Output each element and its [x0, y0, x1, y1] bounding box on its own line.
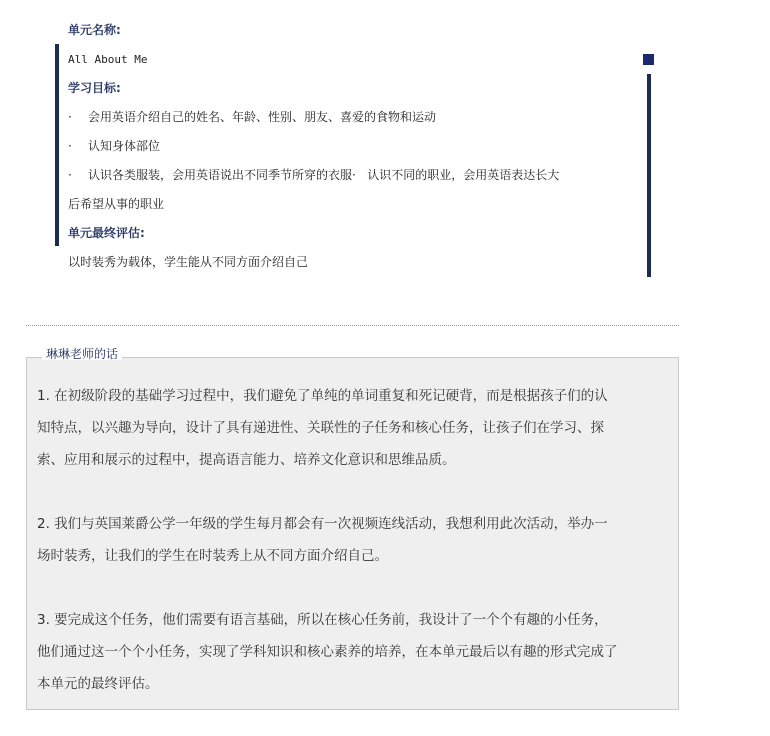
goal-item: ·会用英语介绍自己的姓名、年龄、性别、朋友、喜爱的食物和运动 — [68, 109, 436, 125]
goal-item: ·认识各类服装，会用英语说出不同季节所穿的衣服· 认识不同的职业，会用英语表达长… — [68, 167, 559, 183]
dotted-divider — [26, 325, 679, 326]
teacher-notes-box: 1. 在初级阶段的基础学习过程中，我们避免了单纯的单词重复和死记硬背，而是根据孩… — [26, 357, 679, 710]
paragraph-line: 2. 我们与英国莱爵公学一年级的学生每月都会有一次视频连线活动，我想利用此次活动… — [37, 508, 669, 540]
goal-item: ·认知身体部位 — [68, 138, 160, 154]
teacher-paragraph-1: 1. 在初级阶段的基础学习过程中，我们避免了单纯的单词重复和死记硬背，而是根据孩… — [37, 380, 669, 476]
paragraph-line: 3. 要完成这个任务，他们需要有语言基础，所以在核心任务前，我设计了一个个有趣的… — [37, 604, 669, 636]
paragraph-line: 索、应用和展示的过程中，提高语言能力、培养文化意识和思维品质。 — [37, 444, 669, 476]
corner-square-marker — [643, 54, 654, 65]
right-accent-bar — [647, 74, 651, 277]
goal-item-continuation: 后希望从事的职业 — [68, 196, 164, 212]
goal-text: 会用英语介绍自己的姓名、年龄、性别、朋友、喜爱的食物和运动 — [88, 110, 436, 124]
paragraph-line: 1. 在初级阶段的基础学习过程中，我们避免了单纯的单词重复和死记硬背，而是根据孩… — [37, 380, 669, 412]
goal-text: 认识各类服装，会用英语说出不同季节所穿的衣服· 认识不同的职业，会用英语表达长大 — [88, 168, 559, 182]
paragraph-line: 本单元的最终评估。 — [37, 668, 669, 700]
teacher-paragraph-2: 2. 我们与英国莱爵公学一年级的学生每月都会有一次视频连线活动，我想利用此次活动… — [37, 508, 669, 572]
learning-goals-label: 学习目标: — [68, 80, 121, 96]
left-accent-bar — [55, 44, 59, 246]
paragraph-line: 他们通过这一个个小任务，实现了学科知识和核心素养的培养，在本单元最后以有趣的形式… — [37, 636, 669, 668]
final-assessment-value: 以时装秀为载体，学生能从不同方面介绍自己 — [68, 254, 308, 270]
paragraph-line: 场时装秀，让我们的学生在时装秀上从不同方面介绍自己。 — [37, 540, 669, 572]
final-assessment-label: 单元最终评估: — [68, 225, 145, 241]
goal-text: 认知身体部位 — [88, 139, 160, 153]
teacher-notes-title: 琳琳老师的话 — [42, 346, 122, 360]
bullet-dot: · — [68, 167, 88, 183]
unit-name-label: 单元名称: — [68, 22, 121, 38]
teacher-paragraph-3: 3. 要完成这个任务，他们需要有语言基础，所以在核心任务前，我设计了一个个有趣的… — [37, 604, 669, 700]
bullet-dot: · — [68, 109, 88, 125]
paragraph-line: 知特点，以兴趣为导向，设计了具有递进性、关联性的子任务和核心任务，让孩子们在学习… — [37, 412, 669, 444]
unit-name-value: All About Me — [68, 52, 147, 68]
bullet-dot: · — [68, 138, 88, 154]
